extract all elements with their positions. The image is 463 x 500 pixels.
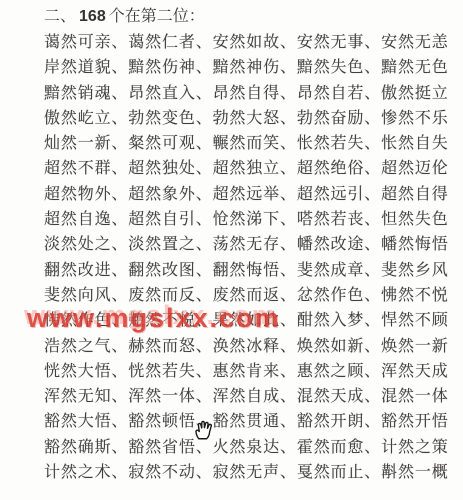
document-content: 二、168个在第二位： 蔼然可亲、蔼然仁者、安然如故、安然无事、安然无恙 岸然道… [44,4,448,485]
idiom-row: 超然不群、超然独处、超然独立、超然绝俗、超然迈伦 [44,156,448,181]
heading-count: 168 [79,8,106,25]
idiom-row: 浑然无知、浑然一体、浑然自成、混然天成、混然一体 [44,384,448,409]
idiom-row: 傲然屹立、勃然变色、勃然大怒、勃然奋励、惨然不乐 [44,106,448,131]
idiom-row: 豁然大悟、豁然顿悟、豁然贯通、豁然开朗、豁然开悟 [44,409,448,434]
idiom-row: 灿然一新、粲然可观、冁然而笑、怅然若失、怅然自失 [44,131,448,156]
idiom-row: 淡然处之、淡然置之、荡然无存、幡然改途、幡然悔悟 [44,232,448,257]
idiom-row: 岸然道貌、黯然伤神、黯然神伤、黯然失色、黯然无色 [44,55,448,80]
idiom-row: 斐然向风、废然而反、废然而返、忿然作色、怫然不悦 [44,283,448,308]
idiom-row: 超然物外、超然象外、超然远举、超然远引、超然自得 [44,182,448,207]
idiom-row: 计然之术、寂然不动、寂然无声、戛然而止、斠然一概 [44,460,448,485]
section-heading: 二、168个在第二位： [44,4,448,29]
heading-suffix: 个在第二位： [109,8,205,25]
idiom-row: 蔼然可亲、蔼然仁者、安然如故、安然无事、安然无恙 [44,30,448,55]
idiom-row: 超然自逸、超然自引、怆然涕下、嗒然若丧、怛然失色 [44,207,448,232]
idiom-row: 黯然销魂、昂然直入、昂然自得、昂然自若、傲然挺立 [44,81,448,106]
heading-prefix: 二、 [44,8,76,25]
idiom-row: 翻然改进、翻然改图、翻然悔悟、斐然成章、斐然乡风 [44,258,448,283]
idiom-row: 怫然作色、艴然不悦、果然如此、酣然入梦、悍然不顾 [44,308,448,333]
idiom-list: 蔼然可亲、蔼然仁者、安然如故、安然无事、安然无恙 岸然道貌、黯然伤神、黯然神伤、… [44,30,448,485]
idiom-row: 豁然确斯、豁然省悟、火然泉达、霍然而愈、计然之策 [44,435,448,460]
idiom-row: 恍然大悟、恍然若失、惠然肯来、惠然之顾、浑然天成 [44,359,448,384]
idiom-row: 浩然之气、赫然而怒、涣然冰释、焕然如新、焕然一新 [44,334,448,359]
document-page: 二、168个在第二位： 蔼然可亲、蔼然仁者、安然如故、安然无事、安然无恙 岸然道… [0,0,463,500]
